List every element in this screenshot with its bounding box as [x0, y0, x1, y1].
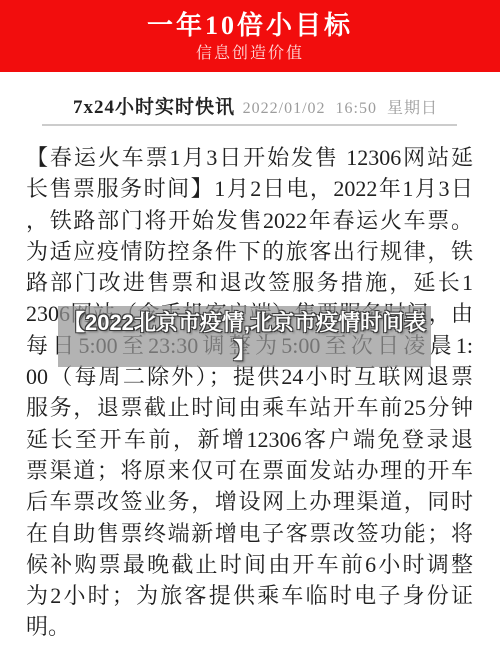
article-line: 路部门改进售票和退改签服务措施，延长1 [26, 267, 473, 298]
article-line: 延长至开车前，新增12306客户端免登录退 [26, 424, 473, 455]
article-line: 候补购票最晚截止时间由开车前6小时调整 [26, 549, 473, 580]
article-line: 明。 [26, 611, 473, 642]
article-line: 长售票服务时间】1月2日电，2022年1月3日 [26, 173, 473, 204]
feed-header: 7x24小时实时快讯 2022/01/02 16:50 星期日 [0, 72, 500, 124]
article-line: ，铁路部门将开始发售2022年春运火车票。 [26, 205, 473, 236]
article-body: 【春运火车票1月3日开始发售 12306网站延长售票服务时间】1月2日电，202… [0, 126, 500, 643]
watermark-caption: 【2022北京市疫情,北京市疫情时间表 】 [58, 306, 431, 367]
site-title: 一年10倍小目标 [0, 9, 500, 43]
site-slogan: 信息创造价值 [0, 43, 500, 64]
article-line: 为适应疫情防控条件下的旅客出行规律，铁 [26, 236, 473, 267]
news-page: 一年10倍小目标 信息创造价值 7x24小时实时快讯 2022/01/02 16… [0, 0, 500, 671]
site-banner: 一年10倍小目标 信息创造价值 [0, 0, 500, 72]
watermark-caption-line2: 】 [233, 337, 255, 365]
article-line: 为2小时；为旅客提供乘车临时电子身份证 [26, 580, 473, 611]
article-line: 在自助售票终端新增电子客票改签功能；将 [26, 518, 473, 549]
article-line: 【春运火车票1月3日开始发售 12306网站延 [26, 142, 473, 173]
article-line: 后车票改签业务，增设网上办理渠道，同时 [26, 486, 473, 517]
feed-timestamp: 2022/01/02 16:50 星期日 [243, 95, 438, 118]
feed-title: 7x24小时实时快讯 [73, 92, 235, 119]
article-line: 服务，退票截止时间由乘车站开车前25分钟 [26, 392, 473, 423]
article-line: 票渠道；将原来仅可在票面发站办理的开车 [26, 455, 473, 486]
watermark-caption-line1: 【2022北京市疫情,北京市疫情时间表 [63, 309, 426, 337]
